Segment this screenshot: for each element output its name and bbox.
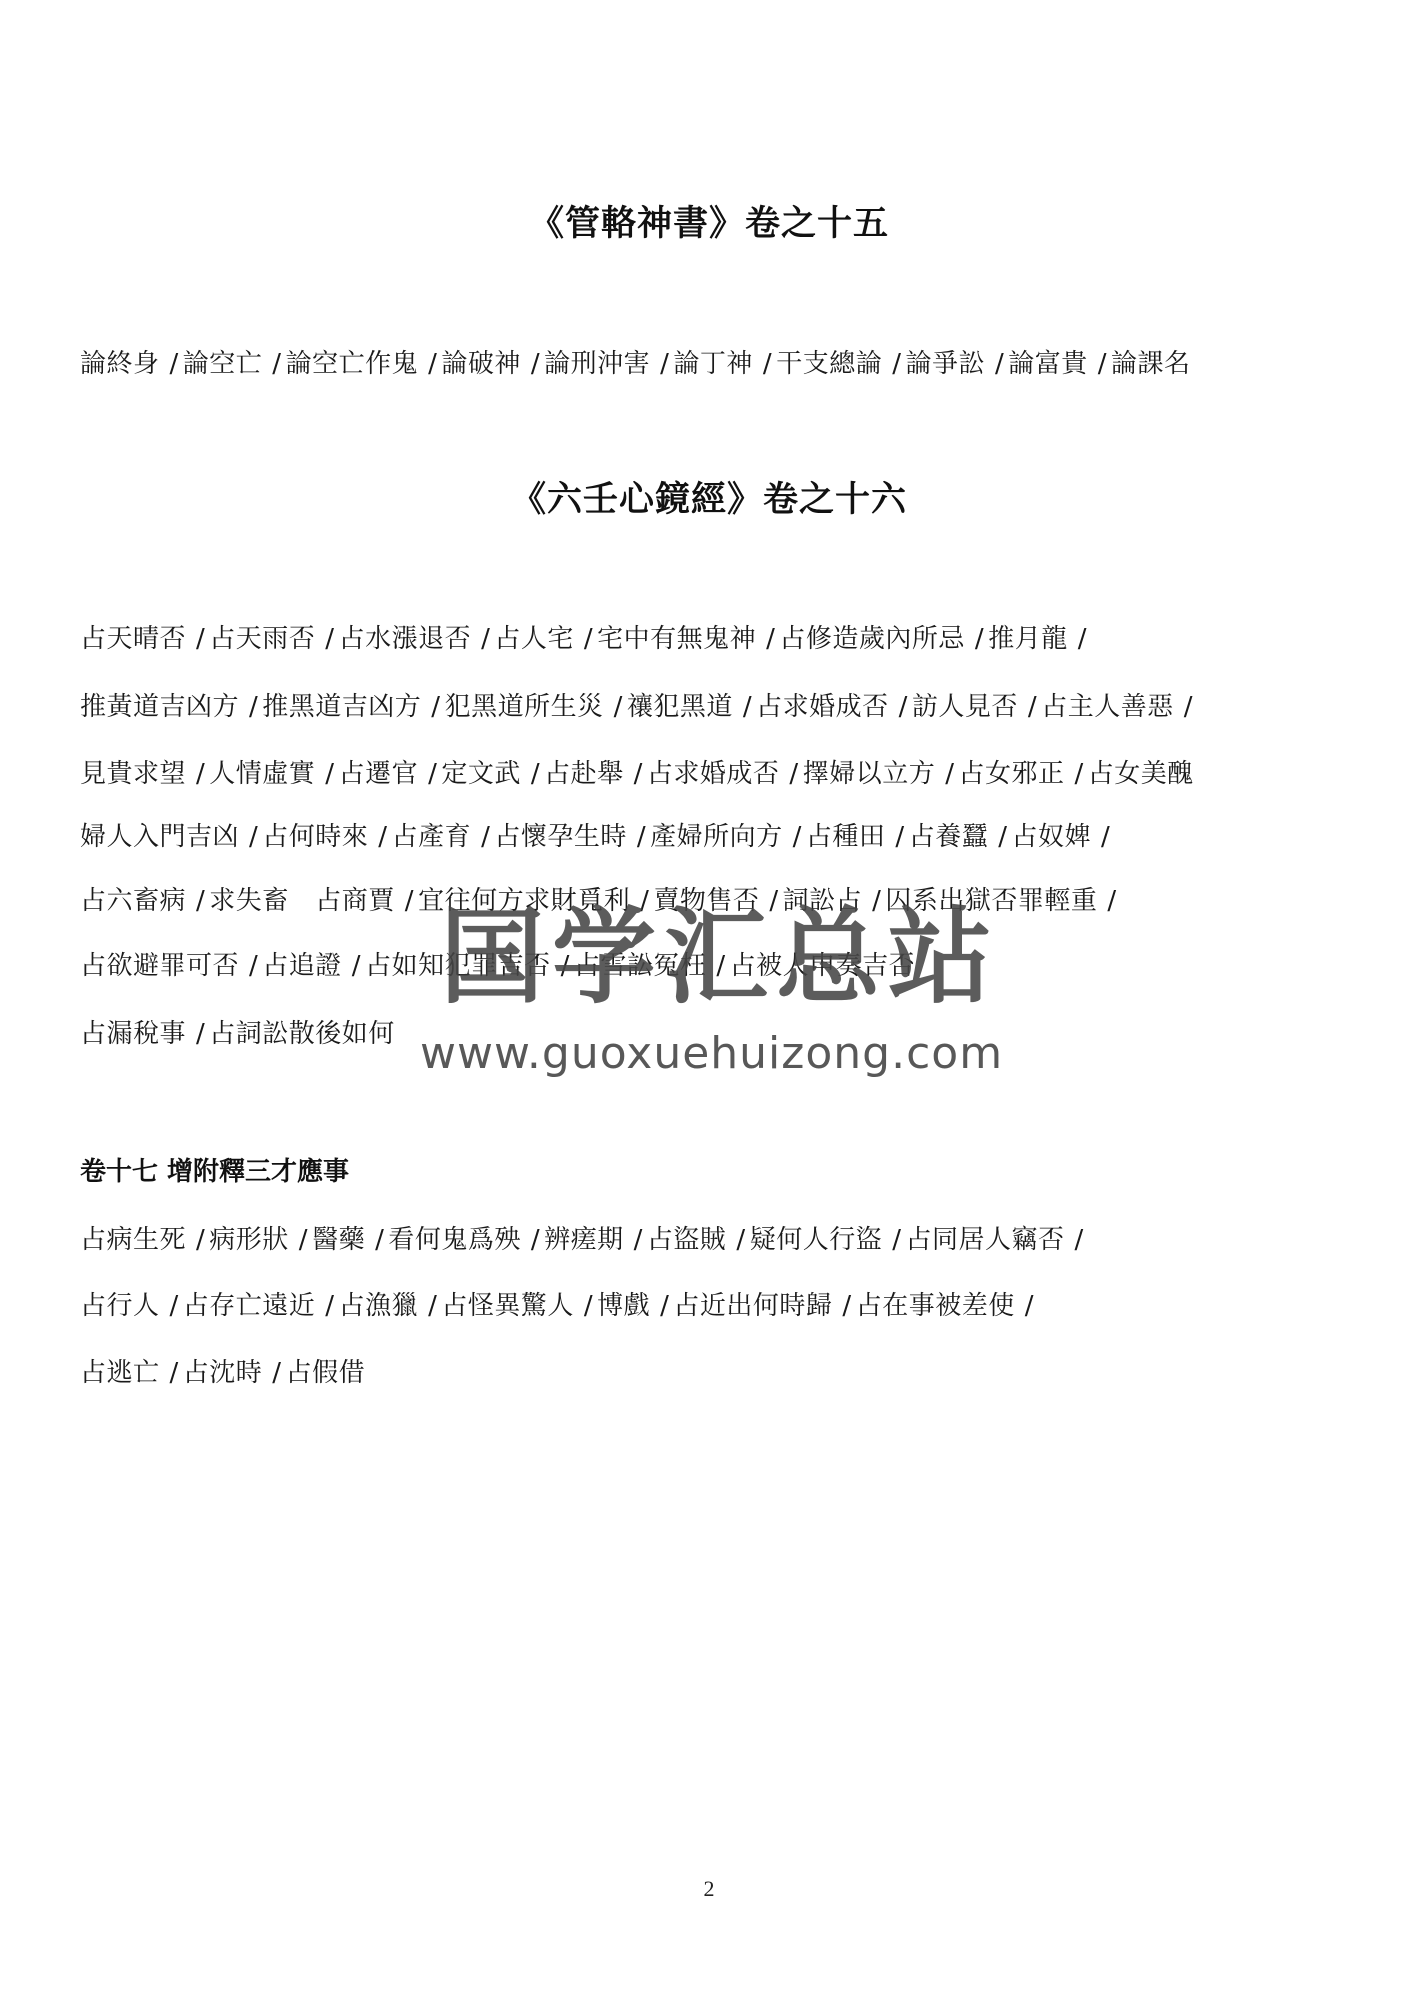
- separator-slash: /: [753, 349, 776, 379]
- separator-slash: /: [315, 624, 338, 654]
- watermark-logo-text: 国学汇总站: [440, 905, 1000, 1009]
- separator-slash: /: [262, 349, 285, 379]
- separator-slash: /: [315, 759, 338, 789]
- topic-item: 占女邪正: [958, 759, 1064, 789]
- topic-item: 占遷官: [339, 759, 419, 789]
- separator-slash: /: [1068, 624, 1091, 654]
- topic-item: 占六畜病: [80, 886, 186, 916]
- topic-item: 占奴婢: [1011, 822, 1091, 852]
- separator-slash: /: [160, 1358, 183, 1388]
- topic-item: 推黑道吉凶方: [262, 692, 421, 722]
- separator-slash: /: [733, 692, 756, 722]
- topic-item: 人情虛實: [209, 759, 315, 789]
- separator-slash: /: [365, 1225, 388, 1255]
- topic-item: 占詞訟散後如何: [209, 1019, 395, 1049]
- separator-slash: /: [624, 1225, 647, 1255]
- topic-item: 辨瘥期: [544, 1225, 624, 1255]
- topic-item: 博戲: [597, 1291, 650, 1321]
- separator-slash: /: [186, 624, 209, 654]
- separator-slash: /: [1018, 692, 1041, 722]
- separator-slash: /: [882, 349, 905, 379]
- separator-slash: /: [650, 349, 673, 379]
- topic-item: 擇婦以立方: [803, 759, 936, 789]
- separator-slash: /: [988, 822, 1011, 852]
- separator-slash: /: [624, 759, 647, 789]
- topic-item: 占行人: [80, 1291, 160, 1321]
- topic-item: 疑何人行盜: [750, 1225, 883, 1255]
- topic-item: 推黃道吉凶方: [80, 692, 239, 722]
- separator-slash: /: [421, 692, 444, 722]
- section-17-line: 占行人/占存亡遠近/占漁獵/占怪異驚人/博戲/占近出何時歸/占在事被差使/: [80, 1285, 1038, 1322]
- topic-item: 論課名: [1111, 349, 1191, 379]
- section-17-line: 占病生死/病形狀/醫藥/看何鬼爲殃/辨瘥期/占盜賊/疑何人行盜/占同居人竊否/: [80, 1219, 1088, 1256]
- separator-slash: /: [418, 349, 441, 379]
- separator-slash: /: [604, 692, 627, 722]
- topic-item: 占種田: [806, 822, 886, 852]
- topic-item: 推月龍: [988, 624, 1068, 654]
- topic-item: 論空亡: [183, 349, 263, 379]
- separator-slash: /: [521, 349, 544, 379]
- separator-slash: /: [1064, 759, 1087, 789]
- topic-item: 看何鬼爲殃: [388, 1225, 521, 1255]
- separator-slash: /: [471, 624, 494, 654]
- topic-item: 占同居人竊否: [905, 1225, 1064, 1255]
- topic-item: 論丁神: [673, 349, 753, 379]
- topic-item: 占水漲退否: [339, 624, 472, 654]
- topic-item: 醫藥: [312, 1225, 365, 1255]
- section-16-line: 推黃道吉凶方/推黑道吉凶方/犯黑道所生災/禳犯黑道/占求婚成否/訪人見否/占主人…: [80, 686, 1197, 723]
- separator-slash: /: [342, 951, 365, 981]
- separator-slash: /: [1015, 1291, 1038, 1321]
- page-number: 2: [0, 1876, 1418, 1902]
- separator-slash: /: [186, 1225, 209, 1255]
- separator-slash: /: [885, 822, 908, 852]
- separator-slash: /: [1091, 822, 1114, 852]
- topic-item: 占存亡遠近: [183, 1291, 316, 1321]
- topic-item: 論富貴: [1008, 349, 1088, 379]
- separator-slash: /: [418, 759, 441, 789]
- separator-slash: /: [315, 1291, 338, 1321]
- separator-slash: /: [574, 1291, 597, 1321]
- topic-item: 占產育: [392, 822, 472, 852]
- topic-item: 占在事被差使: [856, 1291, 1015, 1321]
- separator-slash: /: [471, 822, 494, 852]
- separator-slash: /: [289, 1225, 312, 1255]
- separator-slash: /: [756, 624, 779, 654]
- topic-item: 占假借: [286, 1358, 366, 1388]
- section-15-title: 《管輅神書》卷之十五: [0, 196, 1418, 246]
- section-16-line: 占漏稅事/占詞訟散後如何: [80, 1013, 395, 1050]
- topic-item: 論刑沖害: [544, 349, 650, 379]
- separator-slash: /: [1088, 349, 1111, 379]
- topic-item: 宅中有無鬼神: [597, 624, 756, 654]
- topic-item: 占逃亡: [80, 1358, 160, 1388]
- separator-slash: /: [368, 822, 391, 852]
- topic-item: 占天晴否: [80, 624, 186, 654]
- separator-slash: /: [889, 692, 912, 722]
- topic-item: 占近出何時歸: [673, 1291, 832, 1321]
- section-16-title: 《六壬心鏡經》卷之十六: [0, 472, 1418, 522]
- topic-item: 定文武: [441, 759, 521, 789]
- section-15-line: 論終身/論空亡/論空亡作鬼/論破神/論刑沖害/論丁神/干支總論/論爭訟/論富貴/…: [80, 343, 1191, 380]
- separator-slash: /: [1064, 1225, 1087, 1255]
- separator-slash: /: [935, 759, 958, 789]
- separator-slash: /: [574, 624, 597, 654]
- watermark-url: www.guoxuehuizong.com: [420, 1028, 1003, 1079]
- topic-item: 占何時來: [262, 822, 368, 852]
- separator-slash: /: [186, 1019, 209, 1049]
- separator-slash: /: [239, 951, 262, 981]
- separator-slash: /: [239, 692, 262, 722]
- topic-item: 占病生死: [80, 1225, 186, 1255]
- separator-slash: /: [965, 624, 988, 654]
- separator-slash: /: [726, 1225, 749, 1255]
- separator-slash: /: [395, 886, 418, 916]
- separator-slash: /: [1097, 886, 1120, 916]
- topic-item: 論爭訟: [905, 349, 985, 379]
- topic-item: 婦人入門吉凶: [80, 822, 239, 852]
- separator-slash: /: [882, 1225, 905, 1255]
- topic-item: 占盜賊: [647, 1225, 727, 1255]
- section-16-line: 占天晴否/占天雨否/占水漲退否/占人宅/宅中有無鬼神/占修造歲內所忌/推月龍/: [80, 618, 1091, 655]
- separator-slash: /: [521, 1225, 544, 1255]
- topic-item: 占漏稅事: [80, 1019, 186, 1049]
- separator-slash: /: [779, 759, 802, 789]
- separator-slash: /: [627, 822, 650, 852]
- topic-item: 訪人見否: [912, 692, 1018, 722]
- topic-item: 占欲避罪可否: [80, 951, 239, 981]
- topic-item: 占怪異驚人: [441, 1291, 574, 1321]
- topic-item: 禳犯黑道: [627, 692, 733, 722]
- section-17-title: 卷十七 增附釋三才應事: [80, 1151, 349, 1188]
- topic-item: 占人宅: [494, 624, 574, 654]
- separator-slash: /: [832, 1291, 855, 1321]
- section-17-line: 占逃亡/占沈時/占假借: [80, 1352, 365, 1389]
- section-16-line: 婦人入門吉凶/占何時來/占產育/占懷孕生時/產婦所向方/占種田/占養蠶/占奴婢/: [80, 816, 1114, 853]
- separator-slash: /: [239, 822, 262, 852]
- topic-item: 占求婚成否: [756, 692, 889, 722]
- separator-slash: /: [418, 1291, 441, 1321]
- separator-slash: /: [186, 886, 209, 916]
- topic-item: 論破神: [441, 349, 521, 379]
- separator-slash: /: [262, 1358, 285, 1388]
- separator-slash: /: [521, 759, 544, 789]
- separator-slash: /: [985, 349, 1008, 379]
- topic-item: 產婦所向方: [650, 822, 783, 852]
- topic-item: 占追證: [262, 951, 342, 981]
- topic-item: 占天雨否: [209, 624, 315, 654]
- separator-slash: /: [783, 822, 806, 852]
- topic-item: 占女美醜: [1088, 759, 1194, 789]
- separator-slash: /: [650, 1291, 673, 1321]
- topic-item: 占赴舉: [544, 759, 624, 789]
- topic-item: 病形狀: [209, 1225, 289, 1255]
- topic-item: 干支總論: [776, 349, 882, 379]
- topic-item: 占漁獵: [339, 1291, 419, 1321]
- topic-item: 論終身: [80, 349, 160, 379]
- topic-item: 犯黑道所生災: [445, 692, 604, 722]
- topic-item: 占懷孕生時: [494, 822, 627, 852]
- topic-item: 見貴求望: [80, 759, 186, 789]
- separator-slash: /: [1174, 692, 1197, 722]
- topic-item: 占養蠶: [909, 822, 989, 852]
- separator-slash: /: [186, 759, 209, 789]
- topic-item: 論空亡作鬼: [286, 349, 419, 379]
- document-page: 《管輅神書》卷之十五 論終身/論空亡/論空亡作鬼/論破神/論刑沖害/論丁神/干支…: [0, 0, 1418, 1993]
- topic-item: 占主人善惡: [1041, 692, 1174, 722]
- topic-item: 占沈時: [183, 1358, 263, 1388]
- topic-item: 求失畜 占商賈: [209, 886, 395, 916]
- separator-slash: /: [160, 349, 183, 379]
- separator-slash: /: [160, 1291, 183, 1321]
- section-16-line: 見貴求望/人情虛實/占遷官/定文武/占赴舉/占求婚成否/擇婦以立方/占女邪正/占…: [80, 753, 1194, 790]
- topic-item: 占修造歲內所忌: [779, 624, 965, 654]
- topic-item: 占求婚成否: [647, 759, 780, 789]
